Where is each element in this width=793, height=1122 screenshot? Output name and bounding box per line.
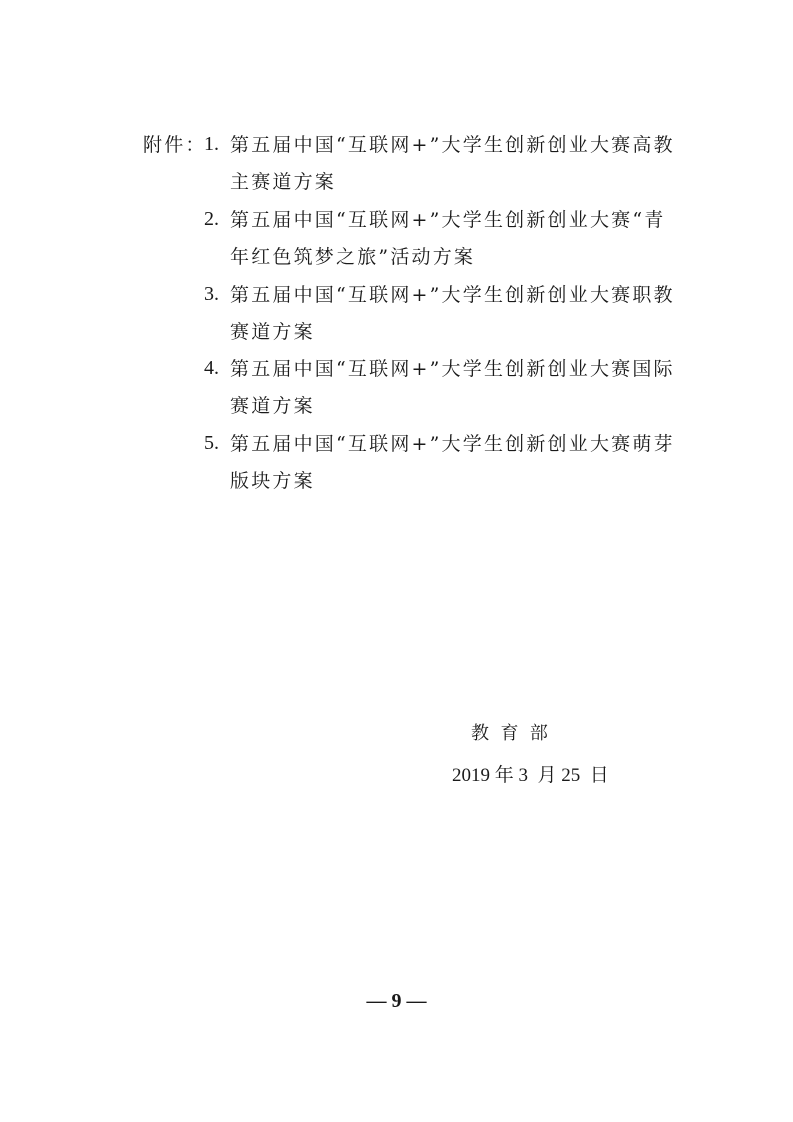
item-title-line1: 第五届中国“互联网+”大学生创新创业大赛高教 (230, 133, 675, 157)
item-title-line2: 版块方案 (230, 469, 315, 493)
item-title-line1: 第五届中国“互联网+”大学生创新创业大赛萌芽 (230, 432, 675, 456)
item-title-line2: 赛道方案 (230, 320, 315, 344)
issue-date: 2019 年 3 月 25 日 (452, 760, 609, 787)
item-title-line2: 主赛道方案 (230, 170, 336, 194)
page-number: — 9 — (0, 990, 793, 1013)
item-title-line1: 第五届中国“互联网+”大学生创新创业大赛“青 (230, 208, 665, 232)
item-number: 4. (204, 357, 219, 380)
item-number: 2. (204, 208, 219, 231)
issuer-name: 教 育 部 (471, 719, 548, 745)
item-number: 1. (204, 133, 219, 156)
attachment-label: 附件： (143, 133, 207, 157)
item-title-line2: 赛道方案 (230, 394, 315, 418)
item-title-line1: 第五届中国“互联网+”大学生创新创业大赛职教 (230, 283, 675, 307)
item-number: 5. (204, 432, 219, 455)
item-number: 3. (204, 283, 219, 306)
item-title-line2: 年红色筑梦之旅”活动方案 (230, 245, 475, 269)
item-title-line1: 第五届中国“互联网+”大学生创新创业大赛国际 (230, 357, 675, 381)
